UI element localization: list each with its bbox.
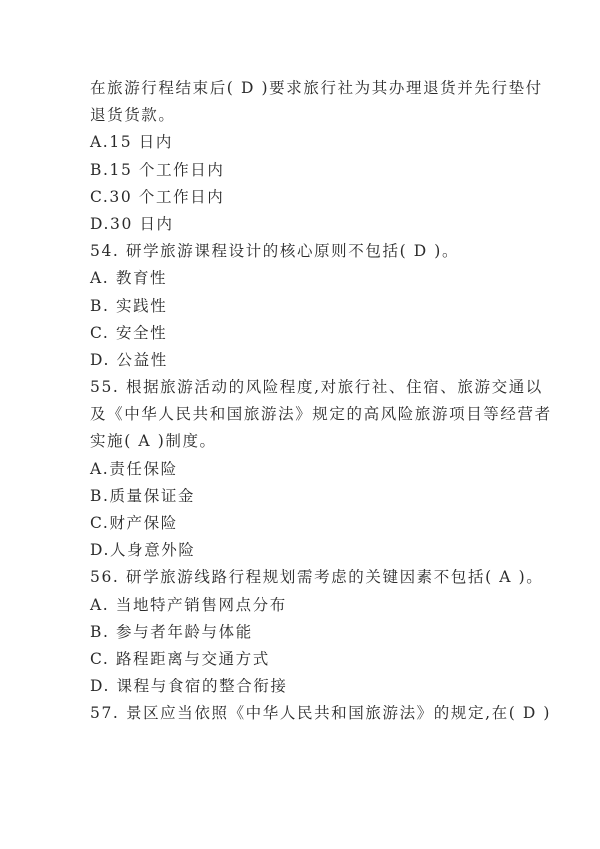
question-stem-line: 55. 根据旅游活动的风险程度,对旅行社、住宿、旅游交通以: [90, 374, 515, 401]
question-55: 55. 根据旅游活动的风险程度,对旅行社、住宿、旅游交通以 及《中华人民共和国旅…: [90, 374, 515, 564]
question-stem-line: 56. 研学旅游线路行程规划需考虑的关键因素不包括( A )。: [90, 564, 515, 591]
document-page: 在旅游行程结束后( D )要求旅行社为其办理退货并先行垫付 退货货款。 A.15…: [90, 75, 515, 728]
option-d: D.30 日内: [90, 211, 515, 238]
question-stem-line: 实施( A )制度。: [90, 428, 515, 455]
option-d: D. 公益性: [90, 347, 515, 374]
question-stem-line: 在旅游行程结束后( D )要求旅行社为其办理退货并先行垫付: [90, 75, 515, 102]
option-b: B. 实践性: [90, 293, 515, 320]
option-c: C. 路程距离与交通方式: [90, 646, 515, 673]
option-b: B. 参与者年龄与体能: [90, 619, 515, 646]
question-stem-line: 退货货款。: [90, 102, 515, 129]
option-b: B.15 个工作日内: [90, 157, 515, 184]
option-c: C. 安全性: [90, 320, 515, 347]
question-53-continuation: 在旅游行程结束后( D )要求旅行社为其办理退货并先行垫付 退货货款。 A.15…: [90, 75, 515, 238]
question-54: 54. 研学旅游课程设计的核心原则不包括( D )。 A. 教育性 B. 实践性…: [90, 238, 515, 374]
option-a: A. 教育性: [90, 265, 515, 292]
question-stem-line: 54. 研学旅游课程设计的核心原则不包括( D )。: [90, 238, 515, 265]
option-d: D. 课程与食宿的整合衔接: [90, 673, 515, 700]
option-a: A.责任保险: [90, 456, 515, 483]
option-a: A.15 日内: [90, 129, 515, 156]
question-56: 56. 研学旅游线路行程规划需考虑的关键因素不包括( A )。 A. 当地特产销…: [90, 564, 515, 700]
question-stem-line: 及《中华人民共和国旅游法》规定的高风险旅游项目等经营者: [90, 401, 515, 428]
option-d: D.人身意外险: [90, 537, 515, 564]
option-b: B.质量保证金: [90, 483, 515, 510]
question-57: 57. 景区应当依照《中华人民共和国旅游法》的规定,在( D ): [90, 700, 515, 727]
option-c: C.财产保险: [90, 510, 515, 537]
question-stem-line: 57. 景区应当依照《中华人民共和国旅游法》的规定,在( D ): [90, 700, 515, 727]
option-a: A. 当地特产销售网点分布: [90, 592, 515, 619]
option-c: C.30 个工作日内: [90, 184, 515, 211]
